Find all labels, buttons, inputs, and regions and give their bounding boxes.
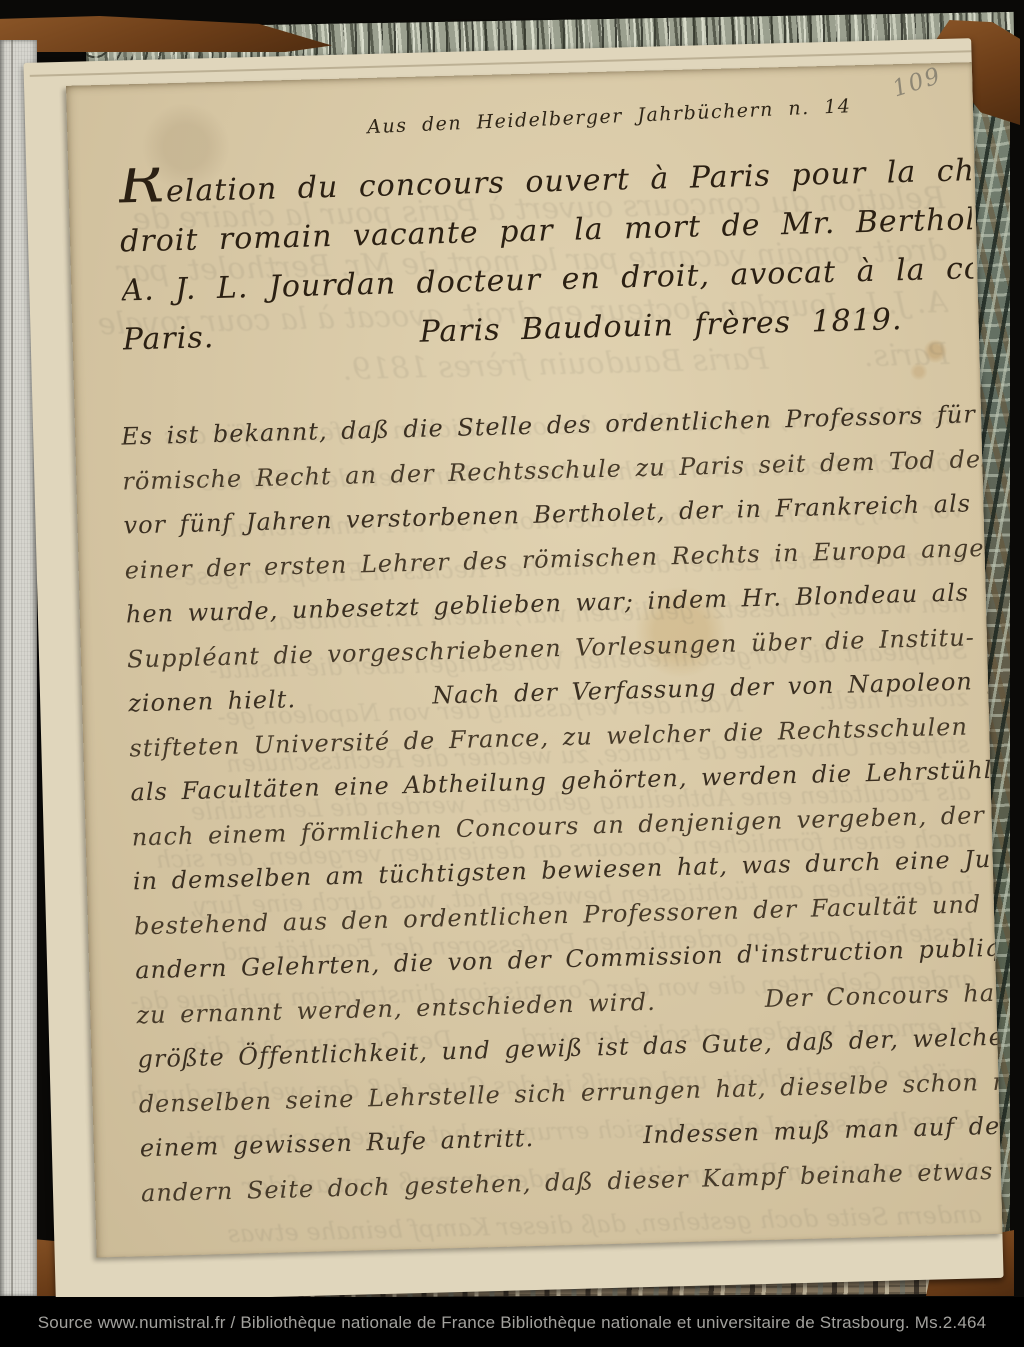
source-attribution-bar: Source www.numistral.fr / Bibliothèque n… [0, 1297, 1024, 1347]
book-photograph: Relation du concours ouvert à Paris pour… [0, 0, 1024, 1297]
body-text-block: Es ist bekannt, daß die Stelle des orden… [121, 392, 1002, 1224]
digitized-manuscript-view: Relation du concours ouvert à Paris pour… [0, 0, 1024, 1347]
page-stack: Relation du concours ouvert à Paris pour… [23, 38, 1003, 1297]
page-number-pencil: 109 [890, 63, 945, 103]
header-note-kurrent: Aus den Heidelberger Jahrbüchern n. 14 [367, 95, 852, 138]
title-block: Relation du concours ouvert à Paris pour… [118, 146, 975, 364]
leather-corner-top-left [0, 16, 332, 52]
manuscript-page: Relation du concours ouvert à Paris pour… [66, 62, 1002, 1257]
source-attribution-text: Source www.numistral.fr / Bibliothèque n… [38, 1314, 987, 1331]
